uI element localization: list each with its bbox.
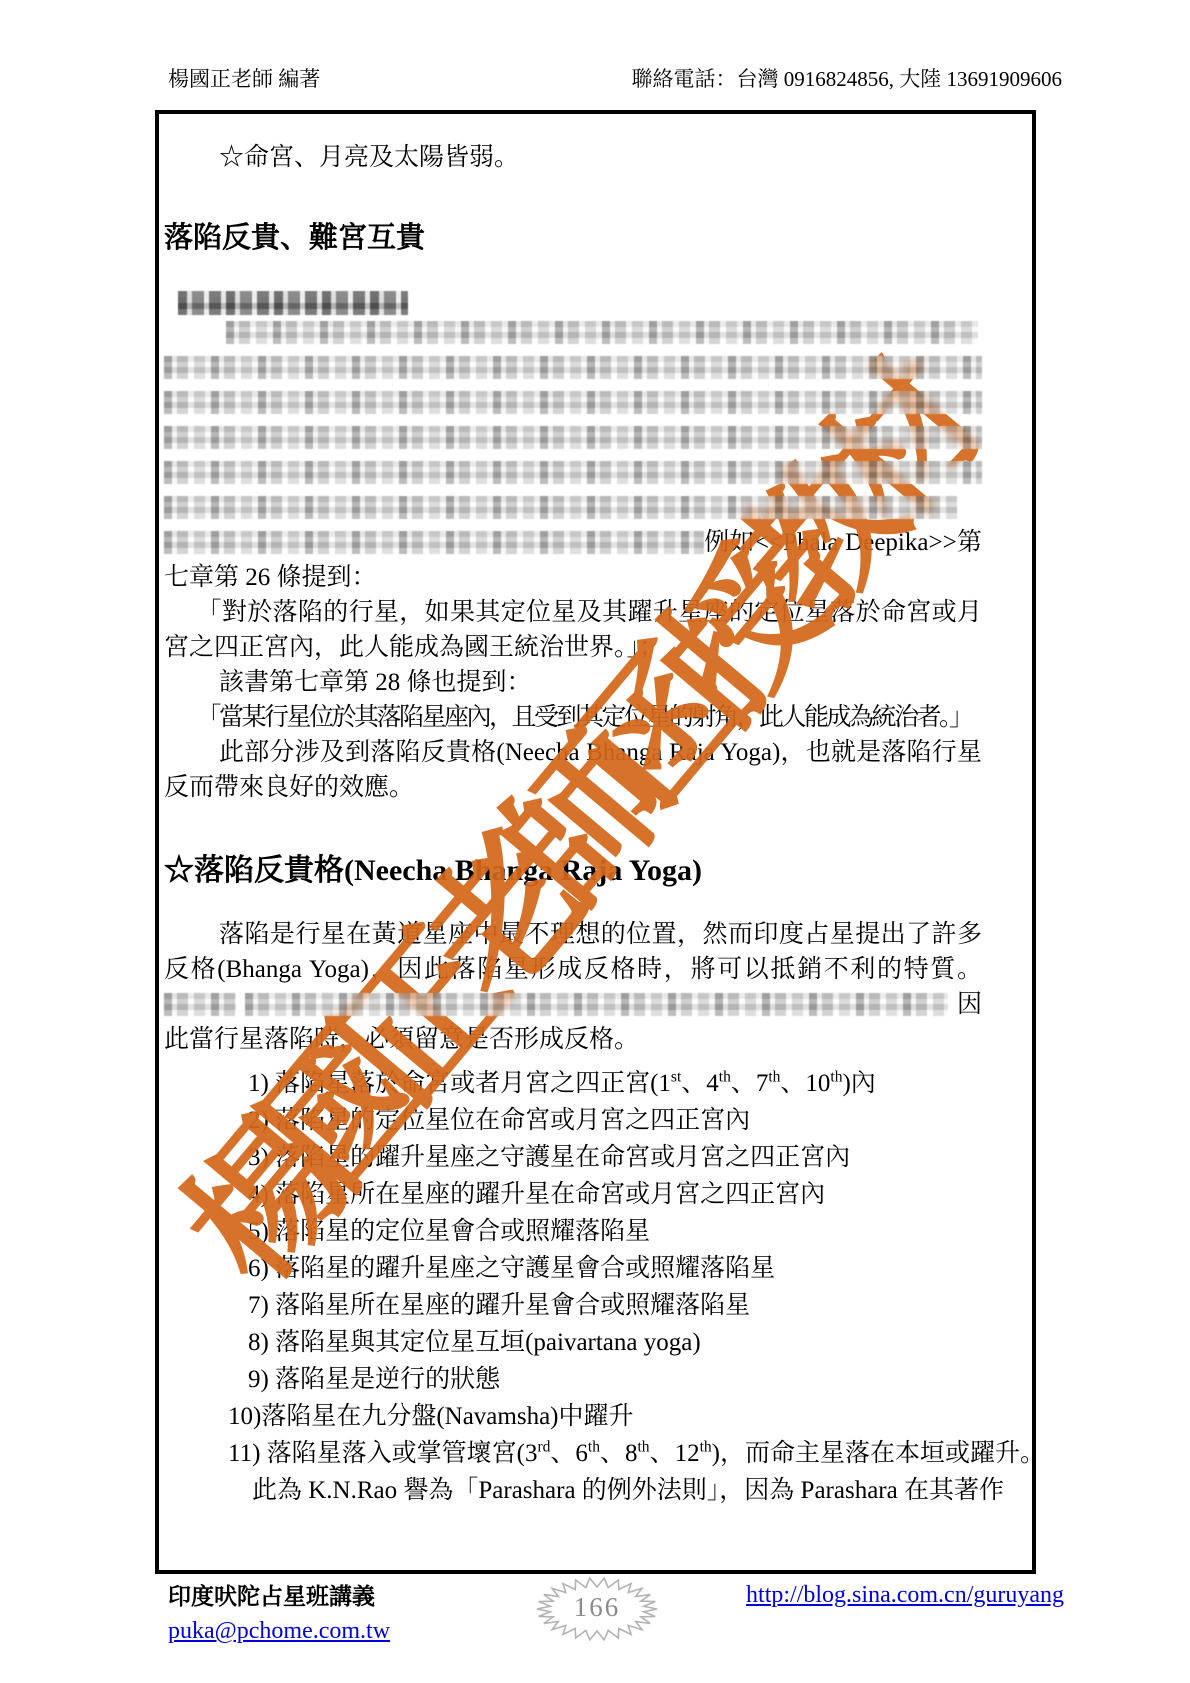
document-page: 楊國正老師 編著 聯絡電話：台灣 0916824856, 大陸 13691909…	[0, 0, 1190, 1683]
paragraph-neecha-bhanga: 此部分涉及到落陷反貴格(Neecha Bhanga Raja Yoga)，也就是…	[164, 735, 982, 805]
footer-right: http://blog.sina.com.cn/guruyang	[746, 1582, 1064, 1609]
quote-chapter7-verse28: 「當某行星位於其落陷星座內，且受到其定位星的射角，此人能成為統治者。」	[164, 700, 982, 735]
paragraph-redacted-intro: 例如<<Phala Deepika>>第七章第 26 條提到：	[164, 315, 982, 595]
rules-list: 1) 落陷星落於命宮或者月宮之四正宮(1st、4th、7th、10th)內 2)…	[164, 1065, 982, 1509]
section-title-neecha-bhanga-raja-yoga: ☆落陷反貴格(Neecha Bhanga Raja Yoga)	[164, 853, 982, 889]
header-author: 楊國正老師 編著	[168, 66, 320, 92]
content-border-box: ☆命宮、月亮及太陽皆弱。 落陷反貴、難宮互貴 例如<<Phala Deepika…	[155, 110, 1036, 1574]
redacted-heading-line	[178, 291, 408, 315]
redacted-text-block	[164, 993, 236, 1016]
rule-item-9: 9) 落陷星是逆行的狀態	[164, 1361, 982, 1398]
redacted-text-block	[164, 461, 982, 484]
rule-item-7: 7) 落陷星所在星座的躍升星會合或照耀落陷星	[164, 1287, 982, 1324]
rule-footnote: 此為 K.N.Rao 譽為「Parashara 的例外法則」，因為 Parash…	[164, 1472, 982, 1509]
redacted-text-block	[164, 531, 704, 554]
footer-left: 印度吠陀占星班講義 puka@pchome.com.tw	[168, 1582, 390, 1645]
rule-item-5: 5) 落陷星的定位星會合或照耀落陷星	[164, 1213, 982, 1250]
quote-chapter7-verse26: 「對於落陷的行星，如果其定位星及其躍升星座的定位星落於命宮或月宮之四正宮內，此人…	[164, 595, 982, 665]
footer-blog-link[interactable]: http://blog.sina.com.cn/guruyang	[746, 1582, 1064, 1608]
footer-email-link[interactable]: puka@pchome.com.tw	[168, 1618, 390, 1645]
rule-item-1: 1) 落陷星落於命宮或者月宮之四正宮(1st、4th、7th、10th)內	[164, 1065, 982, 1102]
paragraph-bhanga-yoga: 落陷是行星在黃道星座中最不理想的位置，然而印度占星提出了許多反格(Bhanga …	[164, 917, 982, 1057]
bhanga-paragraph-start: 落陷是行星在黃道星座中最不理想的位置，然而印度占星提出了許多反格(Bhanga …	[164, 921, 982, 983]
rule-item-6: 6) 落陷星的躍升星座之守護星會合或照耀落陷星	[164, 1250, 982, 1287]
intro-note: ☆命宮、月亮及太陽皆弱。	[164, 140, 982, 175]
rule-item-4: 4) 落陷星所在星座的躍升星在命宮或月宮之四正宮內	[164, 1176, 982, 1213]
rule-item-11: 11) 落陷星落入或掌管壞宮(3rd、6th、8th、12th)，而命主星落在本…	[164, 1435, 982, 1472]
rule-item-10: 10)落陷星在九分盤(Navamsha)中躍升	[164, 1398, 982, 1435]
redacted-text-block	[164, 391, 982, 414]
rule-item-2: 2) 落陷星的定位星位在命宮或月宮之四正宮內	[164, 1102, 982, 1139]
footer-course-title: 印度吠陀占星班講義	[168, 1582, 390, 1612]
quote-chapter7-verse28-lead: 該書第七章第 28 條也提到：	[164, 665, 982, 700]
rule-item-8: 8) 落陷星與其定位星互垣(paivartana yoga)	[164, 1324, 982, 1361]
page-number: 166	[534, 1592, 660, 1623]
redacted-text-block	[245, 993, 948, 1016]
redacted-text-block	[164, 426, 982, 449]
rule-item-3: 3) 落陷星的躍升星座之守護星在命宮或月宮之四正宮內	[164, 1139, 982, 1176]
redacted-text-block	[226, 321, 978, 344]
redacted-text-block	[164, 356, 982, 379]
page-header: 楊國正老師 編著 聯絡電話：台灣 0916824856, 大陸 13691909…	[168, 66, 1062, 92]
page-number-star: 166	[534, 1576, 660, 1642]
redacted-text-block	[164, 496, 957, 519]
header-contact: 聯絡電話：台灣 0916824856, 大陸 13691909606	[632, 66, 1063, 92]
section-title-fallen-nobility: 落陷反貴、難宮互貴	[164, 221, 982, 255]
